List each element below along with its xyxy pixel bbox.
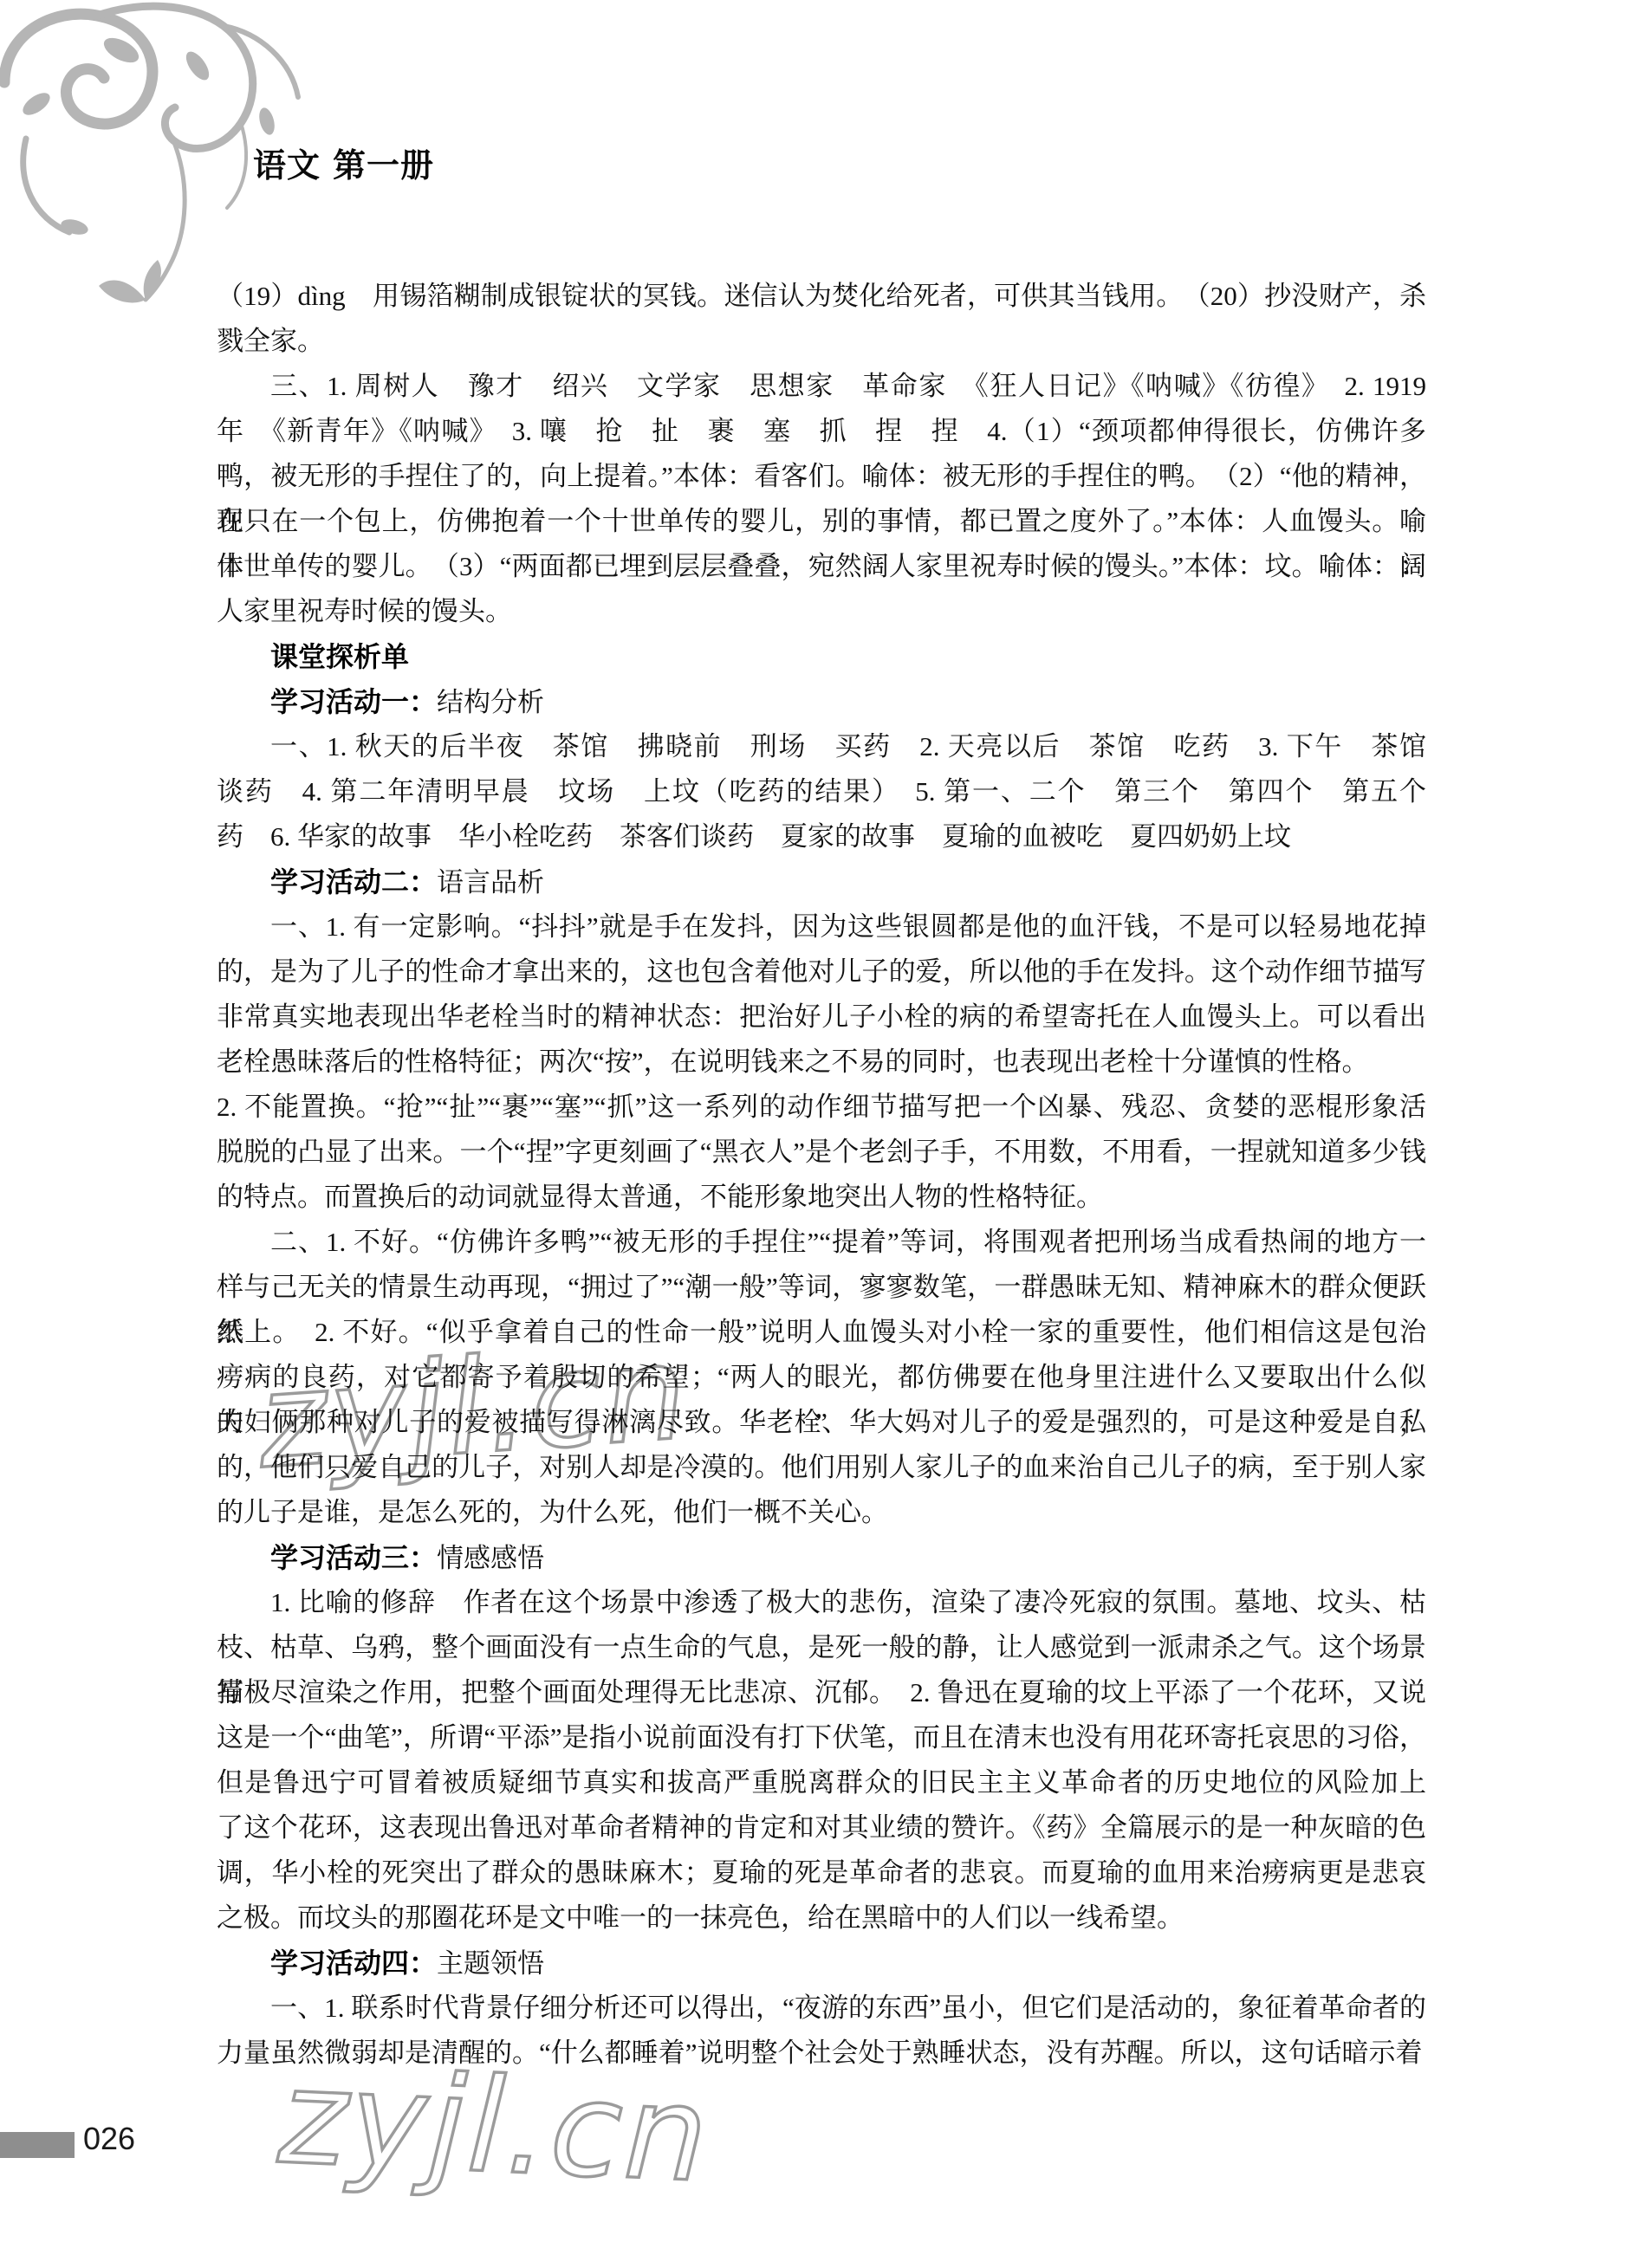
- page: { "header": { "title_main": "语文", "title…: [0, 0, 1629, 2268]
- heading-line: 课堂探析单: [217, 634, 1426, 679]
- text-line: 但是鲁迅宁可冒着被质疑细节真实和拔高严重脱离群众的旧民主主义革命者的历史地位的风…: [217, 1760, 1426, 1805]
- text-line: 了这个花环，这表现出鲁迅对革命者精神的肯定和对其业绩的赞许。《药》全篇展示的是一…: [217, 1805, 1426, 1850]
- line-text: 纸上。 2. 不好。“似乎拿着自己的性命一般”说明人血馒头对小栓一家的重要性，他…: [217, 1317, 1426, 1347]
- text-line: 年 《新青年》《呐喊》 3. 嚷 抢 扯 裹 塞 抓 捏 捏 4.（1）“颈项都…: [217, 409, 1426, 454]
- text-line: 枝、枯草、乌鸦，整个画面没有一点生命的气息，是死一般的静，让人感觉到一派肃杀之气…: [217, 1625, 1426, 1670]
- line-text: 老栓愚昧落后的性格特征；两次“按”，在说明钱来之不易的同时，也表现出老栓十分谨慎…: [217, 1047, 1369, 1077]
- text-line: 一、1. 联系时代背景仔细分析还可以得出，“夜游的东西”虽小，但它们是活动的，象…: [217, 1986, 1426, 2031]
- heading-line: 学习活动二：语言品析: [217, 859, 1426, 904]
- heading-bold-label: 学习活动四：: [270, 1947, 437, 1979]
- heading-topic-label: 语言品析: [437, 867, 544, 897]
- text-line: 戮全家。: [217, 319, 1426, 364]
- text-line: 一、1. 秋天的后半夜 茶馆 拂晓前 刑场 买药 2. 天亮以后 茶馆 吃药 3…: [217, 724, 1426, 769]
- line-text: 调，华小栓的死突出了群众的愚昧麻木；夏瑜的死是革命者的悲哀。而夏瑜的血用来治痨病…: [217, 1857, 1426, 1888]
- page-number: 026: [83, 2121, 135, 2157]
- heading-bold-label: 学习活动一：: [270, 686, 437, 717]
- line-text: 的儿子是谁，是怎么死的，为什么死，他们一概不关心。: [217, 1497, 888, 1527]
- line-text: 一、1. 秋天的后半夜 茶馆 拂晓前 刑场 买药 2. 天亮以后 茶馆 吃药 3…: [270, 731, 1426, 761]
- line-text: 了这个花环，这表现出鲁迅对革命者精神的肯定和对其业绩的赞许。《药》全篇展示的是一…: [217, 1812, 1426, 1843]
- text-line: 谈药 4. 第二年清明早晨 坟场 上坟（吃药的结果） 5. 第一、二个 第三个 …: [217, 769, 1426, 814]
- line-text: 脱脱的凸显了出来。一个“捏”字更刻画了“黑衣人”是个老刽子手，不用数，不用看，一…: [217, 1137, 1426, 1167]
- text-line: 三、1. 周树人 豫才 绍兴 文学家 思想家 革命家 《狂人日记》《呐喊》《彷徨…: [217, 364, 1426, 409]
- text-line: 力量虽然微弱却是清醒的。“什么都睡着”说明整个社会处于熟睡状态，没有苏醒。所以，…: [217, 2031, 1426, 2076]
- line-text: 2. 不能置换。“抢”“扯”“裹”“塞”“抓”这一系列的动作细节描写把一个凶暴、…: [217, 1092, 1426, 1122]
- line-text: 力量虽然微弱却是清醒的。“什么都睡着”说明整个社会处于熟睡状态，没有苏醒。所以，…: [217, 2038, 1423, 2068]
- text-line: 2. 不能置换。“抢”“扯”“裹”“塞”“抓”这一系列的动作细节描写把一个凶暴、…: [217, 1085, 1426, 1130]
- line-text: 非常真实地表现出华老栓当时的精神状态：把治好儿子小栓的病的希望寄托在人血馒头上。…: [217, 1001, 1426, 1032]
- line-text: 但是鲁迅宁可冒着被质疑细节真实和拔高严重脱离群众的旧民主主义革命者的历史地位的风…: [217, 1767, 1426, 1798]
- text-line: 痨病的良药，对它都寄予着殷切的希望；“两人的眼光，都仿佛要在他身里注进什么又要取…: [217, 1355, 1426, 1400]
- heading-bold-label: 课堂探析单: [270, 641, 409, 672]
- text-line: 这是一个“曲笔”，所谓“平添”是指小说前面没有打下伏笔，而且在清末也没有用花环寄…: [217, 1715, 1426, 1760]
- text-line: 鸭，被无形的手捏住了的，向上提着。”本体：看客们。喻体：被无形的手捏住的鸭。 （…: [217, 454, 1426, 499]
- text-line: 纸上。 2. 不好。“似乎拿着自己的性命一般”说明人血馒头对小栓一家的重要性，他…: [217, 1310, 1426, 1355]
- footer-bar: [0, 2132, 75, 2158]
- text-line: 样与己无关的情景生动再现，“拥过了”“潮一般”等词，寥寥数笔，一群愚昧无知、精神…: [217, 1265, 1426, 1310]
- heading-topic-label: 情感感悟: [437, 1543, 544, 1573]
- line-text: 戮全家。: [217, 326, 324, 356]
- text-line: 十世单传的婴儿。 （3）“两面都已埋到层层叠叠，宛然阔人家里祝寿时候的馒头。”本…: [217, 544, 1426, 589]
- text-line: 的儿子是谁，是怎么死的，为什么死，他们一概不关心。: [217, 1490, 1426, 1535]
- line-text: 药 6. 华家的故事 华小栓吃药 茶客们谈药 夏家的故事 夏瑜的血被吃 夏四奶奶…: [217, 821, 1291, 852]
- heading-bold-label: 学习活动二：: [270, 866, 437, 897]
- heading-topic-label: 结构分析: [437, 687, 544, 717]
- page-title: 语文第一册: [253, 139, 434, 186]
- heading-bold-label: 学习活动三：: [270, 1542, 437, 1573]
- line-text: （19）dìng 用锡箔糊制成银锭状的冥钱。迷信认为焚化给死者，可供其当钱用。 …: [217, 281, 1426, 311]
- text-line: 二、1. 不好。“仿佛许多鸭”“被无形的手捏住”“提着”等词，将围观者把刑场当成…: [217, 1220, 1426, 1265]
- text-line: 人家里祝寿时候的馒头。: [217, 589, 1426, 634]
- text-line: 的特点。而置换后的动词就显得太普通，不能形象地突出人物的性格特征。: [217, 1175, 1426, 1220]
- text-line: 的，他们只爱自己的儿子，对别人却是冷漠的。他们用别人家儿子的血来治自己儿子的病，…: [217, 1445, 1426, 1490]
- line-text: 夫妇俩那种对儿子的爱被描写得淋漓尽致。华老栓、华大妈对儿子的爱是强烈的，可是这种…: [217, 1407, 1426, 1437]
- text-line: 脱脱的凸显了出来。一个“捏”字更刻画了“黑衣人”是个老刽子手，不用数，不用看，一…: [217, 1130, 1426, 1175]
- line-text: 一、1. 联系时代背景仔细分析还可以得出，“夜游的东西”虽小，但它们是活动的，象…: [270, 1993, 1426, 2023]
- line-text: 之极。而坟头的那圈花环是文中唯一的一抹亮色，给在黑暗中的人们以一线希望。: [217, 1902, 1184, 1933]
- page-title-main: 语文: [253, 148, 321, 185]
- line-text: 1. 比喻的修辞 作者在这个场景中渗透了极大的悲伤，渲染了凄冷死寂的氛围。墓地、…: [270, 1587, 1426, 1617]
- text-block: （19）dìng 用锡箔糊制成银锭状的冥钱。迷信认为焚化给死者，可供其当钱用。 …: [217, 274, 1426, 2076]
- heading-line: 学习活动一：结构分析: [217, 679, 1426, 724]
- text-line: 在只在一个包上，仿佛抱着一个十世单传的婴儿，别的事情，都已置之度外了。”本体：人…: [217, 499, 1426, 544]
- line-text: 的特点。而置换后的动词就显得太普通，不能形象地突出人物的性格特征。: [217, 1182, 1103, 1212]
- text-line: 一、1. 有一定影响。“抖抖”就是手在发抖，因为这些银圆都是他的血汗钱，不是可以…: [217, 904, 1426, 949]
- text-line: 调，华小栓的死突出了群众的愚昧麻木；夏瑜的死是革命者的悲哀。而夏瑜的血用来治痨病…: [217, 1850, 1426, 1895]
- text-line: 之极。而坟头的那圈花环是文中唯一的一抹亮色，给在黑暗中的人们以一线希望。: [217, 1895, 1426, 1941]
- text-line: 药 6. 华家的故事 华小栓吃药 茶客们谈药 夏家的故事 夏瑜的血被吃 夏四奶奶…: [217, 814, 1426, 859]
- line-text: 十世单传的婴儿。 （3）“两面都已埋到层层叠叠，宛然阔人家里祝寿时候的馒头。”本…: [217, 551, 1426, 581]
- heading-line: 学习活动三：情感感悟: [217, 1535, 1426, 1580]
- text-line: 写极尽渲染之作用，把整个画面处理得无比悲凉、沉郁。 2. 鲁迅在夏瑜的坟上平添了…: [217, 1670, 1426, 1715]
- line-text: 年 《新青年》《呐喊》 3. 嚷 抢 扯 裹 塞 抓 捏 捏 4.（1）“颈项都…: [217, 416, 1426, 446]
- line-text: 一、1. 有一定影响。“抖抖”就是手在发抖，因为这些银圆都是他的血汗钱，不是可以…: [270, 911, 1426, 942]
- heading-line: 学习活动四：主题领悟: [217, 1941, 1426, 1986]
- line-text: 这是一个“曲笔”，所谓“平添”是指小说前面没有打下伏笔，而且在清末也没有用花环寄…: [217, 1722, 1426, 1753]
- text-line: （19）dìng 用锡箔糊制成银锭状的冥钱。迷信认为焚化给死者，可供其当钱用。 …: [217, 274, 1426, 319]
- text-line: 老栓愚昧落后的性格特征；两次“按”，在说明钱来之不易的同时，也表现出老栓十分谨慎…: [217, 1040, 1426, 1085]
- text-line: 1. 比喻的修辞 作者在这个场景中渗透了极大的悲伤，渲染了凄冷死寂的氛围。墓地、…: [217, 1580, 1426, 1625]
- text-line: 的，是为了儿子的性命才拿出来的，这也包含着他对儿子的爱，所以他的手在发抖。这个动…: [217, 949, 1426, 995]
- line-text: 人家里祝寿时候的馒头。: [217, 596, 512, 626]
- line-text: 的，是为了儿子的性命才拿出来的，这也包含着他对儿子的爱，所以他的手在发抖。这个动…: [217, 956, 1426, 987]
- line-text: 三、1. 周树人 豫才 绍兴 文学家 思想家 革命家 《狂人日记》《呐喊》《彷徨…: [270, 371, 1426, 401]
- page-title-sub: 第一册: [333, 148, 434, 185]
- line-text: 写极尽渲染之作用，把整个画面处理得无比悲凉、沉郁。 2. 鲁迅在夏瑜的坟上平添了…: [217, 1677, 1426, 1707]
- line-text: 的，他们只爱自己的儿子，对别人却是冷漠的。他们用别人家儿子的血来治自己儿子的病，…: [217, 1452, 1426, 1482]
- line-text: 谈药 4. 第二年清明早晨 坟场 上坟（吃药的结果） 5. 第一、二个 第三个 …: [217, 776, 1426, 807]
- line-text: 二、1. 不好。“仿佛许多鸭”“被无形的手捏住”“提着”等词，将围观者把刑场当成…: [270, 1227, 1426, 1257]
- text-line: 非常真实地表现出华老栓当时的精神状态：把治好儿子小栓的病的希望寄托在人血馒头上。…: [217, 995, 1426, 1040]
- text-line: 夫妇俩那种对儿子的爱被描写得淋漓尽致。华老栓、华大妈对儿子的爱是强烈的，可是这种…: [217, 1400, 1426, 1445]
- heading-topic-label: 主题领悟: [437, 1948, 544, 1979]
